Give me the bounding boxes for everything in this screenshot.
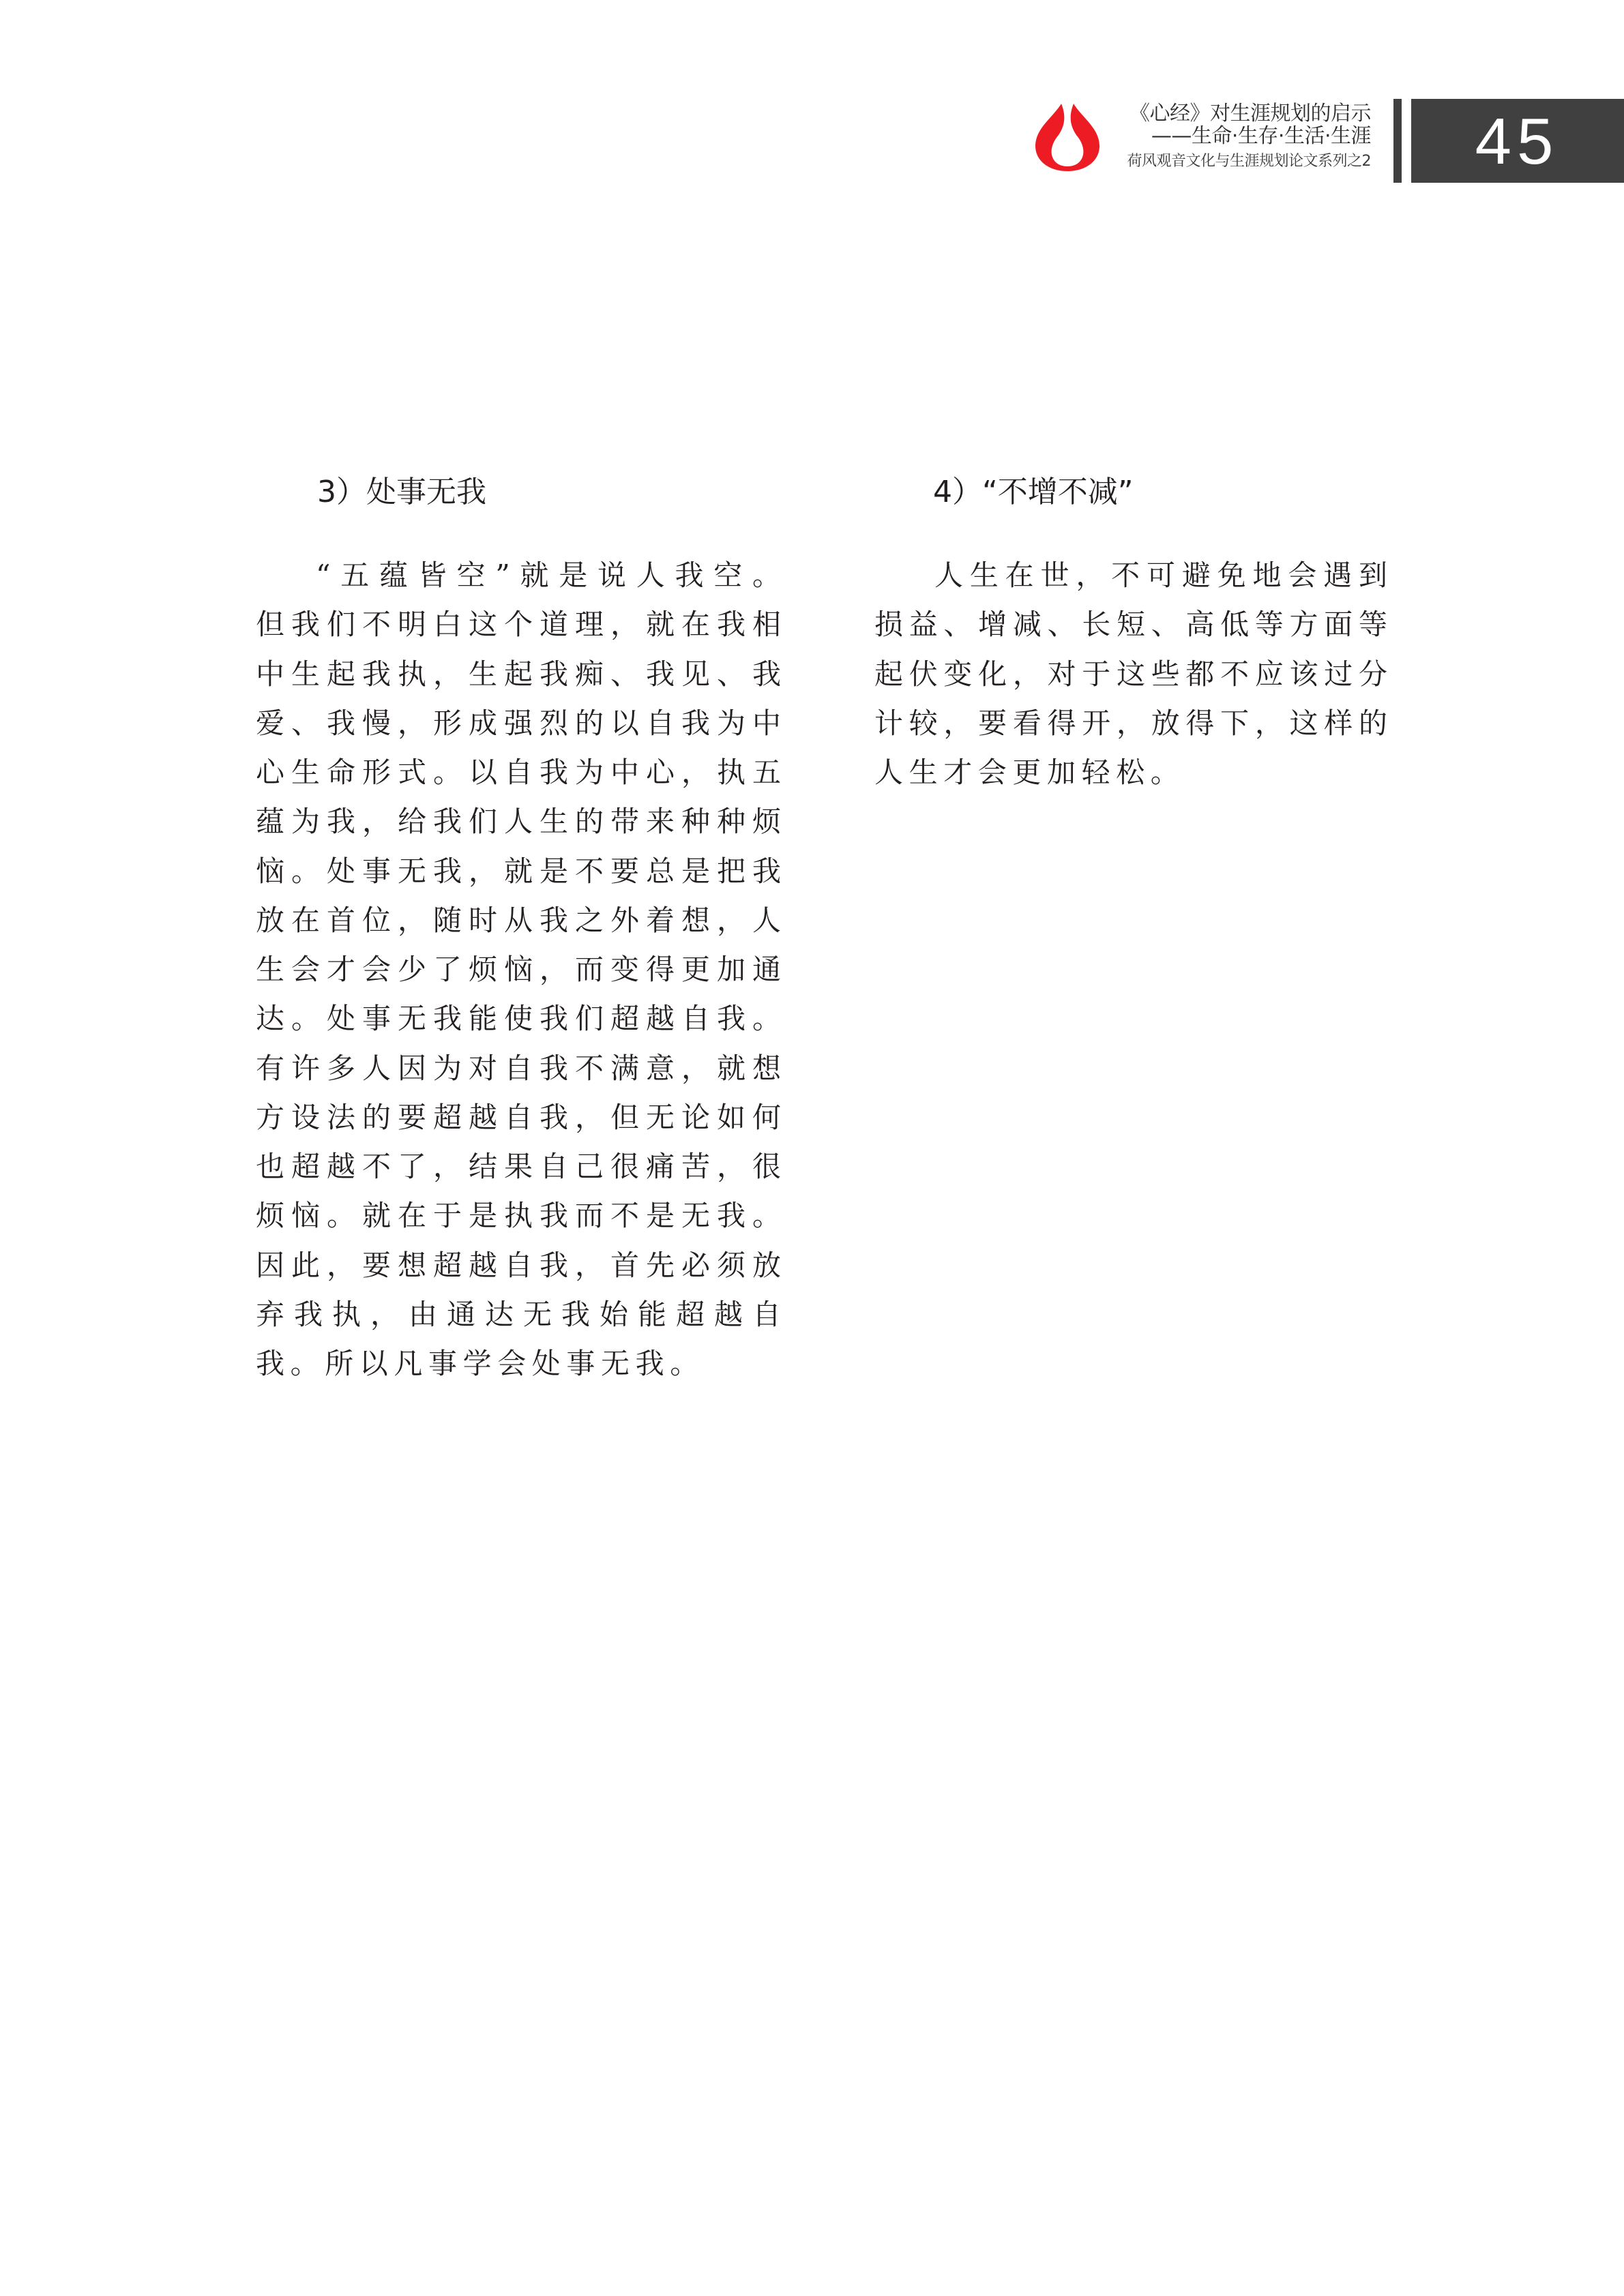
paragraph-line: 有许多人因为对自我不满意，就想 [256,1044,781,1093]
paragraph-line: 人生才会更加轻松。 [874,748,1387,797]
paragraph-line: 因此，要想超越自我，首先必须放 [256,1241,781,1290]
paragraph-line: “五蕴皆空”就是说人我空。 [256,551,781,600]
section-body-3: “五蕴皆空”就是说人我空。 但我们不明白这个道理，就在我相 中生起我执，生起我痴… [256,551,781,1388]
paragraph-line: 也超越不了，结果自己很痛苦，很 [256,1142,781,1191]
paragraph-line: 计较，要看得开，放得下，这样的 [874,699,1387,748]
lotus-flame-logo-icon [1034,102,1101,172]
paragraph-line: 弃我执，由通达无我始能超越自 [256,1290,781,1339]
paragraph-line: 心生命形式。以自我为中心，执五 [256,748,781,797]
paragraph-line: 爱、我慢，形成强烈的以自我为中 [256,699,781,748]
paragraph-line: 方设法的要超越自我，但无论如何 [256,1093,781,1142]
paragraph-line: 我。所以凡事学会处事无我。 [256,1339,781,1388]
paragraph-line: 恼。处事无我，就是不要总是把我 [256,847,781,896]
paragraph-line: 中生起我执，生起我痴、我见、我 [256,650,781,699]
page-number-box: 45 [1411,99,1624,183]
paragraph-line: 起伏变化，对于这些都不应该过分 [874,650,1387,699]
page-number: 45 [1475,109,1559,175]
paragraph-line: 人生在世，不可避免地会遇到 [874,551,1387,600]
section-body-4: 人生在世，不可避免地会遇到 损益、增减、长短、高低等方面等 起伏变化，对于这些都… [874,551,1387,797]
page-number-divider [1393,99,1402,183]
paragraph-line: 烦恼。就在于是执我而不是无我。 [256,1191,781,1240]
book-title: 《心经》对生涯规划的启示 [1127,102,1372,125]
section-heading-4: 4）“不增不减” [933,475,1134,510]
series-label: 荷风观音文化与生涯规划论文系列之2 [1127,153,1372,170]
paragraph-line: 蕴为我，给我们人生的带来种种烦 [256,797,781,846]
paragraph-line: 放在首位，随时从我之外着想，人 [256,896,781,945]
paragraph-line: 达。处事无我能使我们超越自我。 [256,994,781,1043]
paragraph-line: 生会才会少了烦恼，而变得更加通 [256,945,781,994]
paragraph-line: 但我们不明白这个道理，就在我相 [256,600,781,649]
section-heading-3: 3）处事无我 [317,475,486,510]
header-titles: 《心经》对生涯规划的启示 ——生命·生存·生活·生涯 荷风观音文化与生涯规划论文… [1127,102,1372,170]
paragraph-line: 损益、增减、长短、高低等方面等 [874,600,1387,649]
book-subtitle: ——生命·生存·生活·生涯 [1127,125,1372,147]
